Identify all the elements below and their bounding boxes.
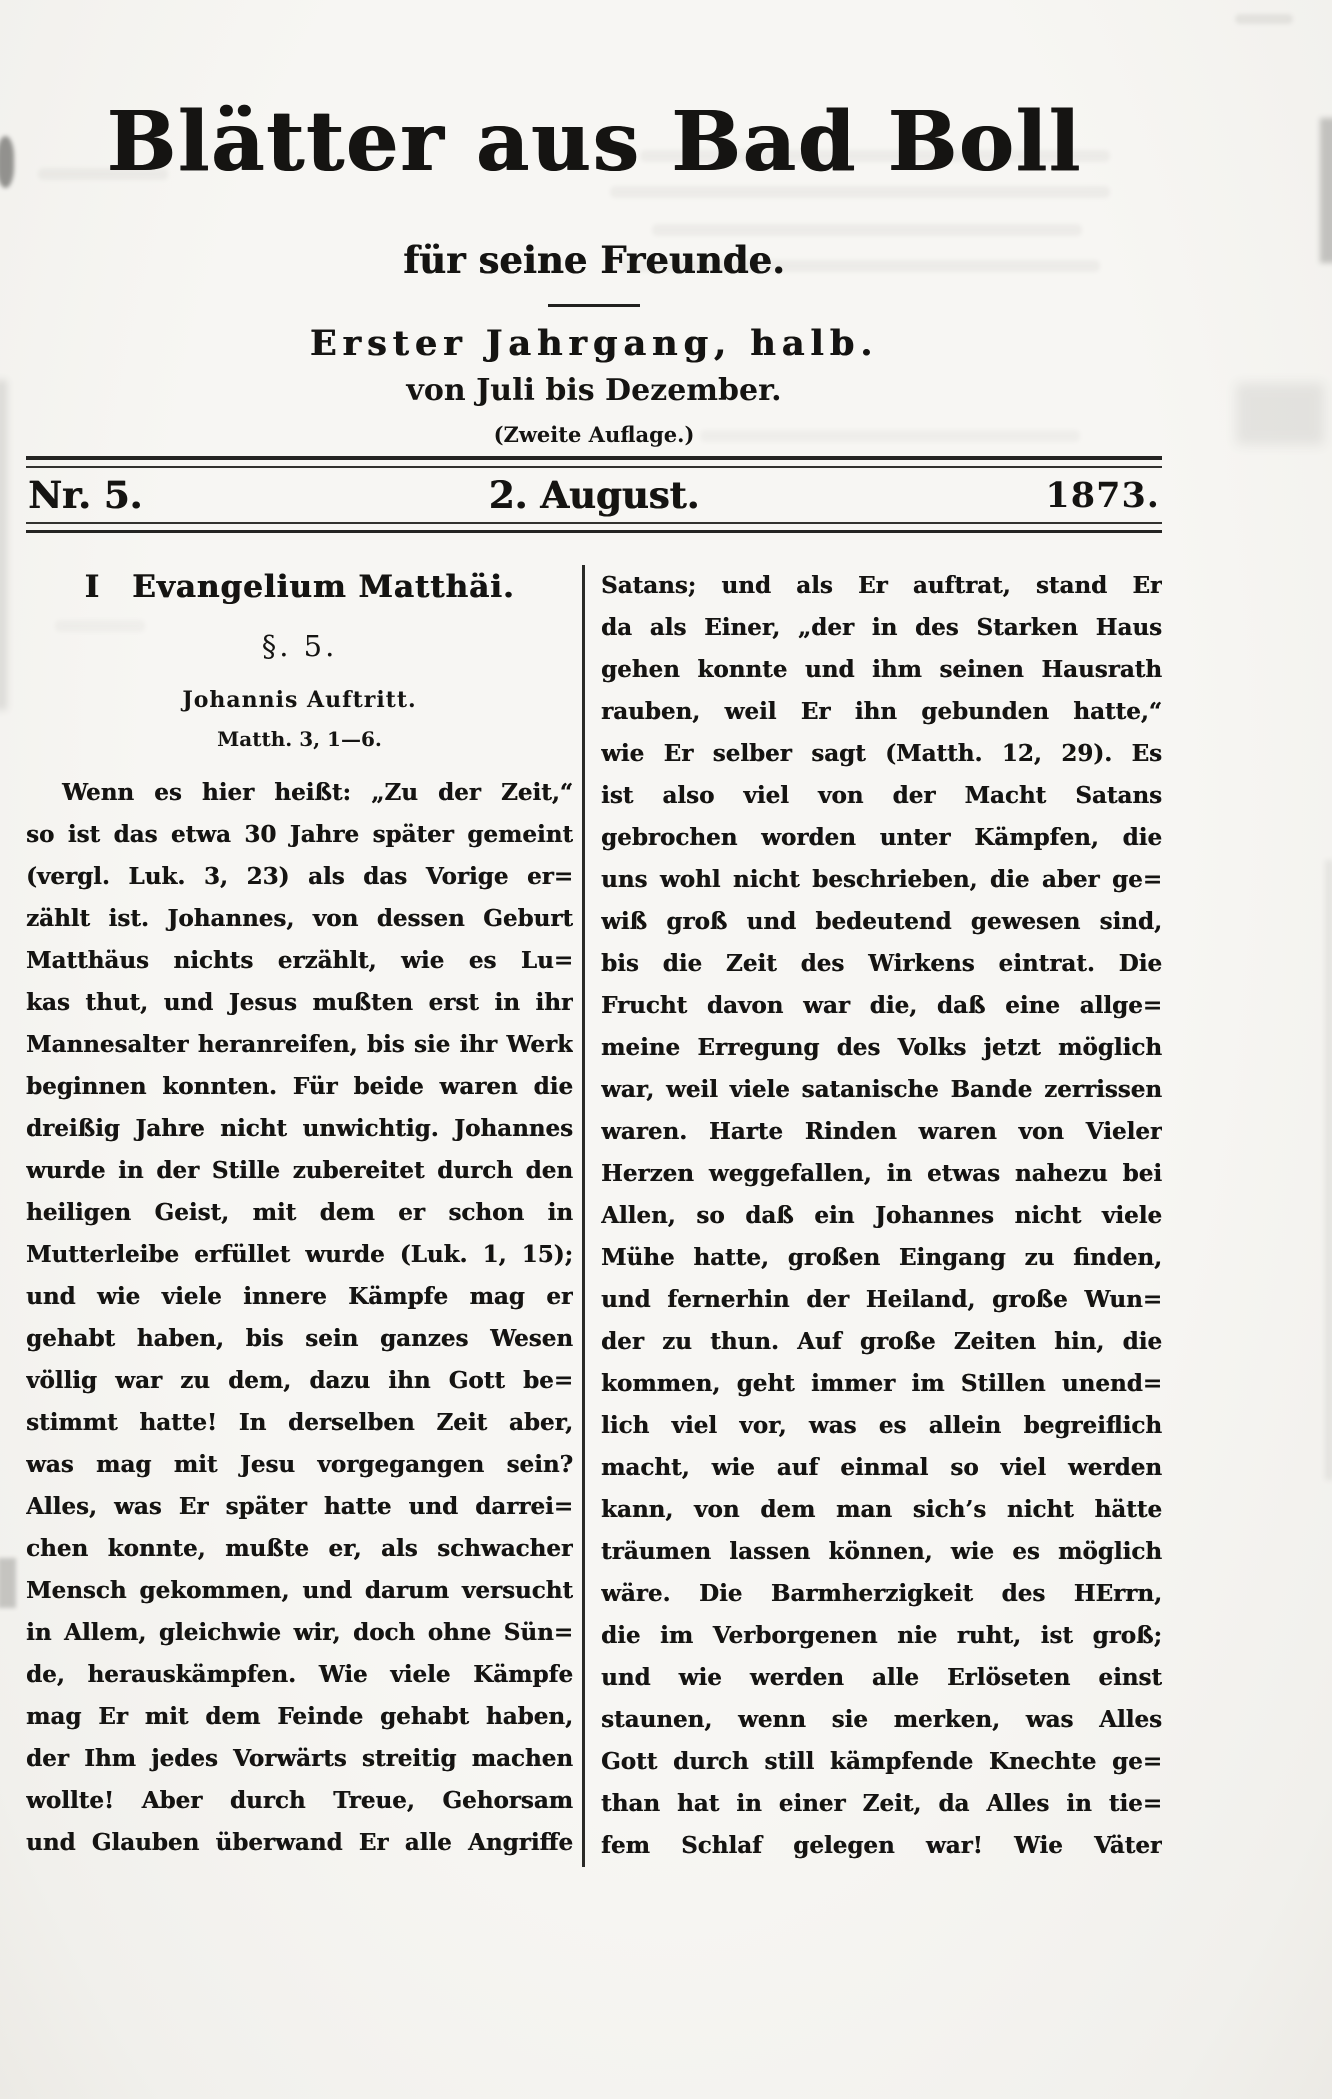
text-line: Mannesalter heranreifen, bis sie ihr Wer… [26, 1024, 573, 1066]
text-line: than hat in einer Zeit, da Alles in tie= [601, 1783, 1162, 1825]
text-line: wiß groß und bedeutend gewesen sind, [601, 901, 1162, 943]
text-line: Allen, so daß ein Johannes nicht viele [601, 1195, 1162, 1237]
text-line: und fernerhin der Heiland, große Wun= [601, 1279, 1162, 1321]
text-line: völlig war zu dem, dazu ihn Gott be= [26, 1360, 573, 1402]
edition-volume-line: Erster Jahrgang, halb. [26, 324, 1162, 364]
text-line: Matthäus nichts erzählt, wie es Lu= [26, 940, 573, 982]
page-content: Blätter aus Bad Boll für seine Freunde. … [26, 0, 1162, 1867]
text-line: wollte! Aber durch Treue, Gehorsam [26, 1780, 573, 1822]
text-line: bis die Zeit des Wirkens eintrat. Die [601, 943, 1162, 985]
text-line: meine Erregung des Volks jetzt möglich [601, 1027, 1162, 1069]
issue-year: 1873. [1045, 475, 1160, 516]
text-line: wie Er selber sagt (Matth. 12, 29). Es [601, 733, 1162, 775]
scan-smudge [0, 1558, 16, 1608]
masthead: Blätter aus Bad Boll für seine Freunde. … [26, 72, 1162, 448]
text-line: und wie werden alle Erlöseten einst [601, 1657, 1162, 1699]
text-line: Mensch gekommen, und darum versucht [26, 1570, 573, 1612]
text-line: Mutterleibe erfüllet wurde (Luk. 1, 15); [26, 1234, 573, 1276]
text-line: fem Schlaf gelegen war! Wie Väter [601, 1825, 1162, 1867]
text-line: lich viel vor, was es allein begreiflich [601, 1405, 1162, 1447]
text-line: rauben, weil Er ihn gebunden hatte,“ [601, 691, 1162, 733]
text-line: Frucht davon war die, daß eine allge= [601, 985, 1162, 1027]
text-line: mag Er mit dem Feinde gehabt haben, [26, 1696, 573, 1738]
text-line: und Glauben überwand Er alle Angriffe [26, 1822, 573, 1864]
text-line: beginnen konnten. Für beide waren die [26, 1066, 573, 1108]
text-line: da als Einer, „der in des Starken Haus [601, 607, 1162, 649]
text-line: dreißig Jahre nicht unwichtig. Johannes [26, 1108, 573, 1150]
article-columns: I Evangelium Matthäi. §. 5. Johannis Auf… [26, 565, 1162, 1867]
masthead-title: Blätter aus Bad Boll [26, 72, 1162, 212]
text-line: wurde in der Stille zubereitet durch den [26, 1150, 573, 1192]
text-line: heiligen Geist, mit dem er schon in [26, 1192, 573, 1234]
scan-smudge [1320, 118, 1332, 263]
text-line: träumen lassen können, wie es möglich [601, 1531, 1162, 1573]
text-line: die im Verborgenen nie ruht, ist groß; [601, 1615, 1162, 1657]
left-column-text: Wenn es hier heißt: „Zu der Zeit,“so ist… [26, 772, 573, 1864]
text-line: was mag mit Jesu vorgegangen sein? [26, 1444, 573, 1486]
text-line: de, herauskämpfen. Wie viele Kämpfe [26, 1654, 573, 1696]
text-line: ist also viel von der Macht Satans [601, 775, 1162, 817]
separator-rule [548, 304, 640, 307]
text-line: Gott durch still kämpfende Knechte ge= [601, 1741, 1162, 1783]
text-line: war, weil viele satanische Bande zerriss… [601, 1069, 1162, 1111]
text-line: stimmt hatte! In derselben Zeit aber, [26, 1402, 573, 1444]
scan-smudge [1325, 860, 1332, 1480]
text-line: der zu thun. Auf große Zeiten hin, die [601, 1321, 1162, 1363]
right-column: Satans; und als Er auftrat, stand Erda a… [585, 565, 1162, 1867]
text-line: und wie viele innere Kämpfe mag er [26, 1276, 573, 1318]
text-line: gehen konnte und ihm seinen Hausrath [601, 649, 1162, 691]
text-line: kann, von dem man sich’s nicht hätte [601, 1489, 1162, 1531]
paragraph-mark: §. 5. [26, 626, 573, 666]
issue-number: Nr. 5. [28, 473, 142, 517]
scan-smudge [0, 136, 14, 188]
text-line: so ist das etwa 30 Jahre später gemeint [26, 814, 573, 856]
article-subheading: Johannis Auftritt. [26, 687, 573, 714]
text-line: Herzen weggefallen, in etwas nahezu bei [601, 1153, 1162, 1195]
text-line: kommen, geht immer im Stillen unend= [601, 1363, 1162, 1405]
scanned-page: Blätter aus Bad Boll für seine Freunde. … [0, 0, 1332, 2099]
text-line: Satans; und als Er auftrat, stand Er [601, 565, 1162, 607]
scripture-reference: Matth. 3, 1—6. [26, 726, 573, 753]
double-rule-top [26, 456, 1162, 468]
edition-range-line: von Juli bis Dezember. [26, 373, 1162, 409]
text-line: waren. Harte Rinden waren von Vieler [601, 1111, 1162, 1153]
issue-date: 2. August. [489, 473, 700, 517]
issue-bar: Nr. 5. 2. August. 1873. [26, 468, 1162, 522]
text-line: gebrochen worden unter Kämpfen, die [601, 817, 1162, 859]
section-heading: I Evangelium Matthäi. [26, 565, 573, 609]
text-line: kas thut, und Jesus mußten erst in ihr [26, 982, 573, 1024]
text-line: Alles, was Er später hatte und darrei= [26, 1486, 573, 1528]
text-line: Wenn es hier heißt: „Zu der Zeit,“ [26, 772, 573, 814]
text-line: in Allem, gleichwie wir, doch ohne Sün= [26, 1612, 573, 1654]
text-line: staunen, wenn sie merken, was Alles [601, 1699, 1162, 1741]
left-column: I Evangelium Matthäi. §. 5. Johannis Auf… [26, 565, 582, 1867]
article-header: I Evangelium Matthäi. §. 5. Johannis Auf… [26, 565, 573, 753]
text-line: chen konnte, mußte er, als schwacher [26, 1528, 573, 1570]
edition-note: (Zweite Auflage.) [26, 422, 1162, 448]
text-line: zählt ist. Johannes, von dessen Geburt [26, 898, 573, 940]
text-line: wäre. Die Barmherzigkeit des HErrn, [601, 1573, 1162, 1615]
scan-smudge [0, 380, 7, 710]
text-line: Mühe hatte, großen Eingang zu finden, [601, 1237, 1162, 1279]
text-line: der Ihm jedes Vorwärts streitig machen [26, 1738, 573, 1780]
double-rule-bottom [26, 522, 1162, 533]
text-line: (vergl. Luk. 3, 23) als das Vorige er= [26, 856, 573, 898]
right-column-text: Satans; und als Er auftrat, stand Erda a… [601, 565, 1162, 1867]
bleed-through-text [1235, 14, 1293, 24]
scan-smudge [1236, 383, 1324, 445]
text-line: gehabt haben, bis sein ganzes Wesen [26, 1318, 573, 1360]
text-line: uns wohl nicht beschrieben, die aber ge= [601, 859, 1162, 901]
masthead-subtitle: für seine Freunde. [26, 238, 1162, 282]
text-line: macht, wie auf einmal so viel werden [601, 1447, 1162, 1489]
